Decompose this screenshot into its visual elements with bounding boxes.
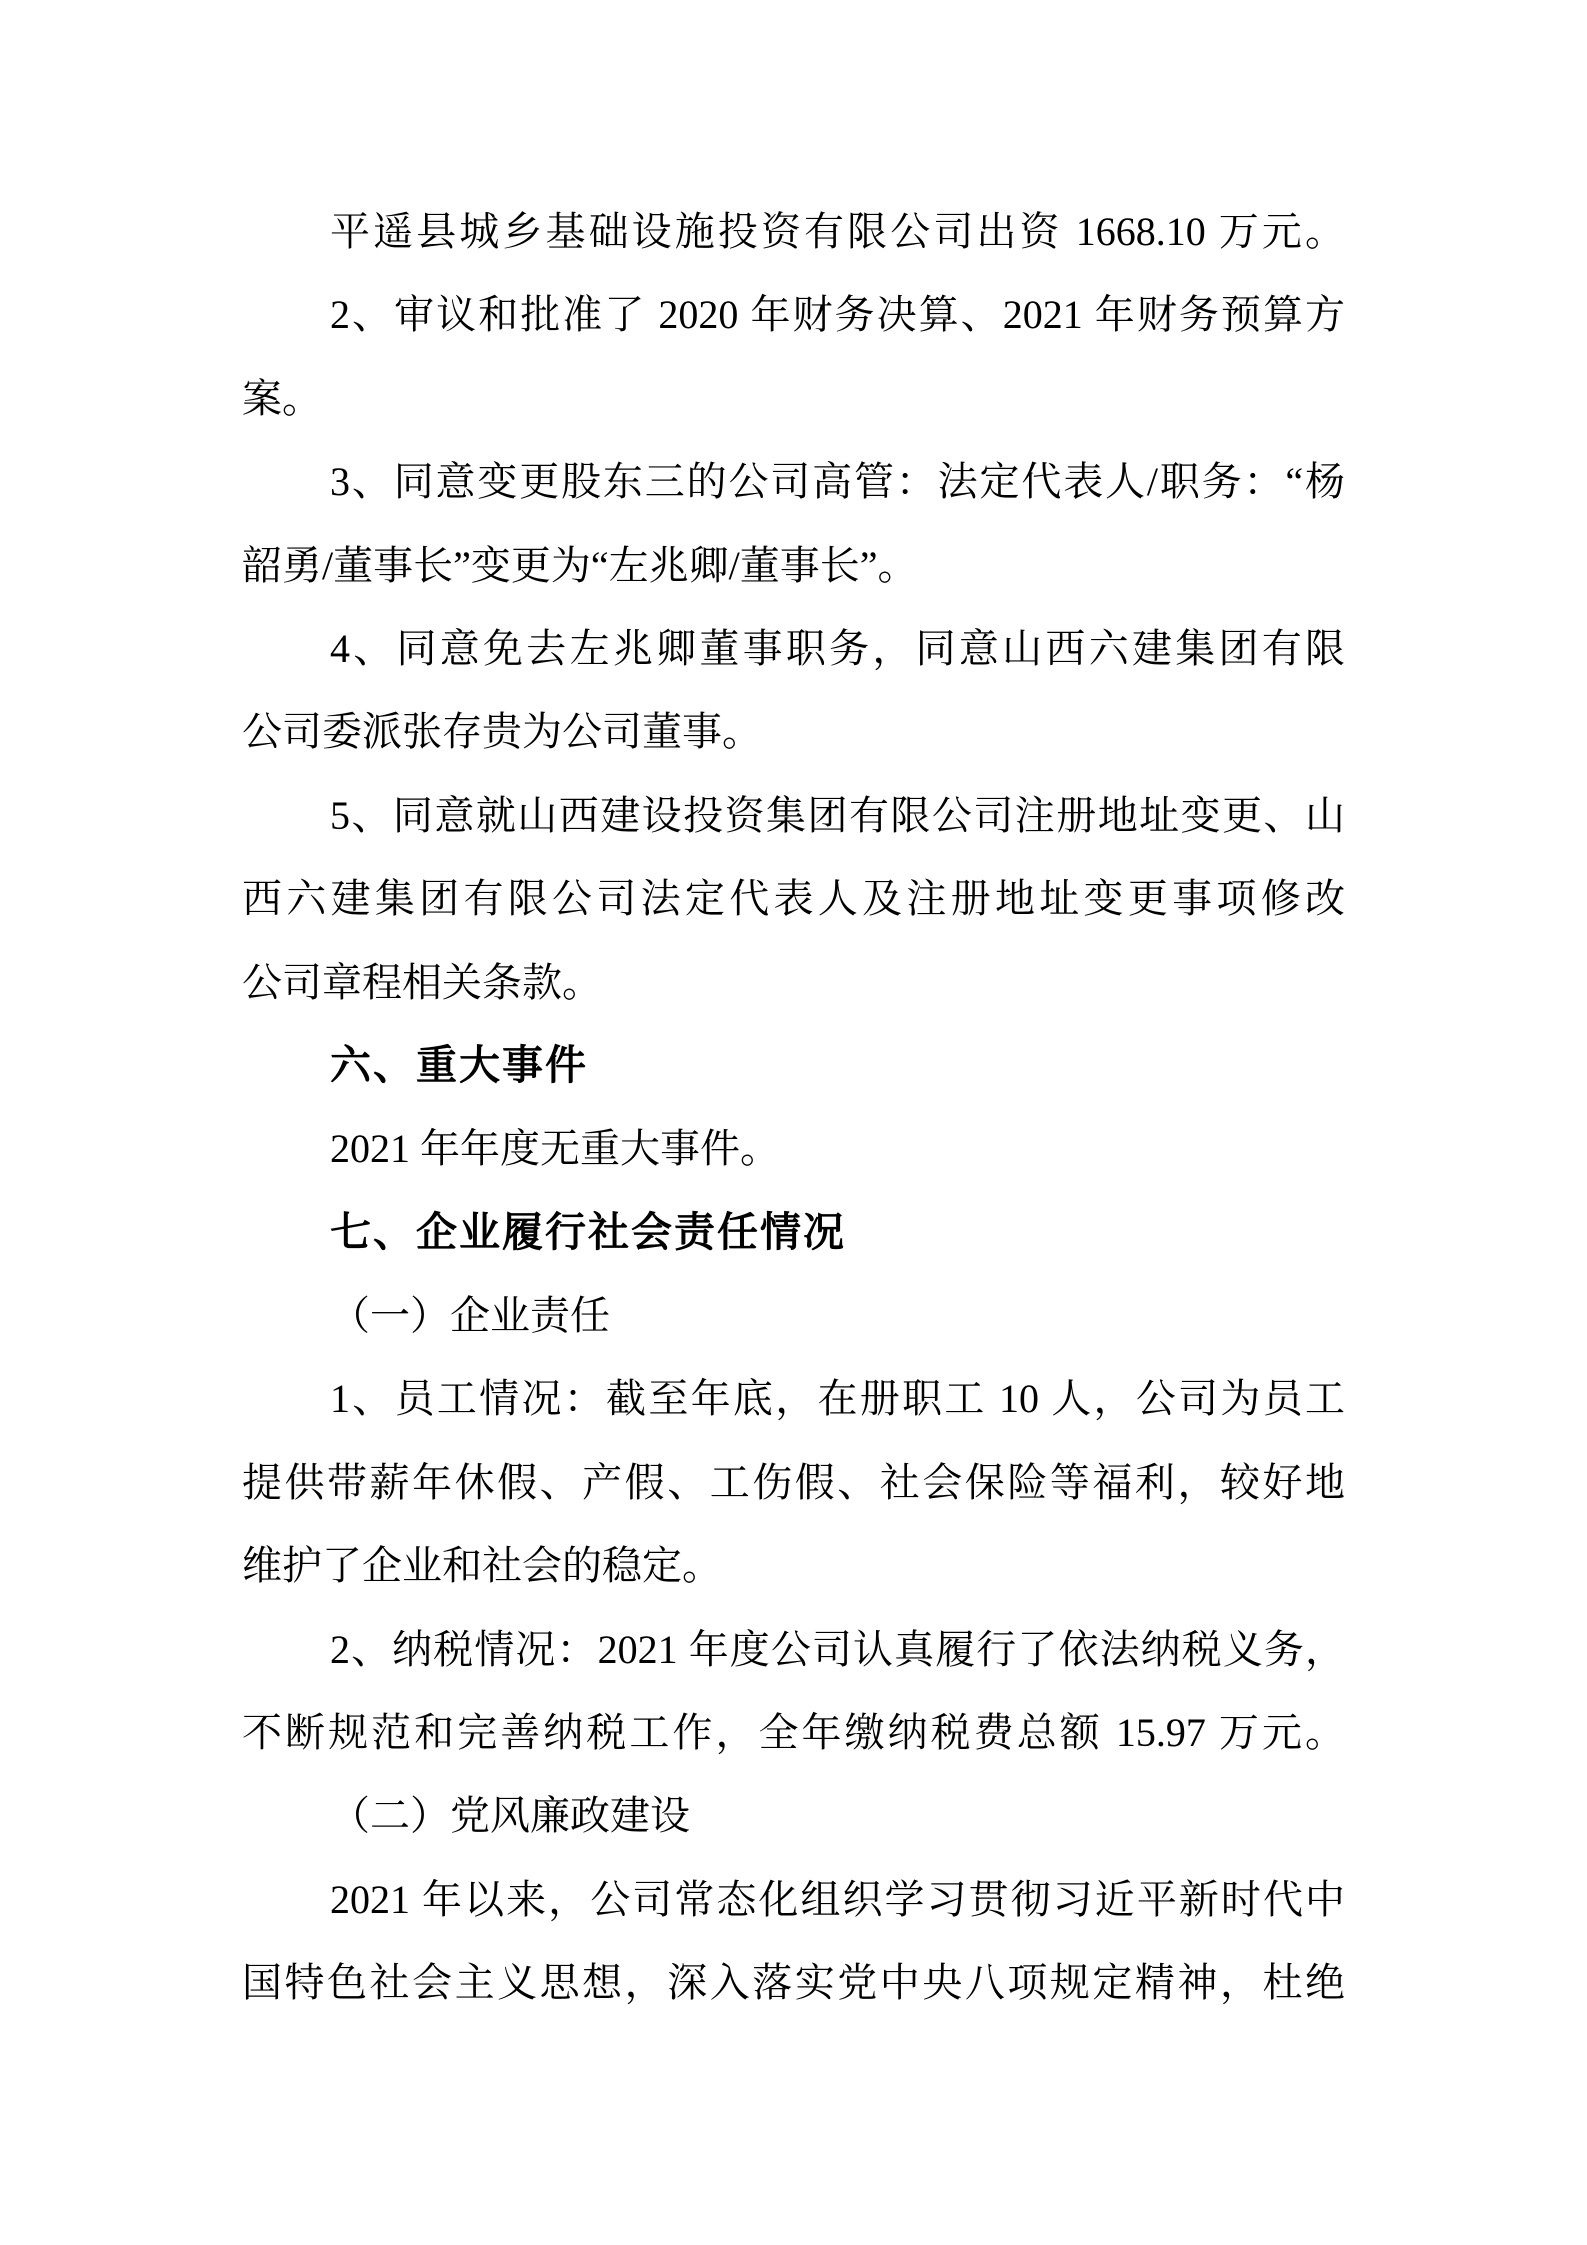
text-line: 平遥县城乡基础设施投资有限公司出资 1668.10 万元。 xyxy=(242,190,1345,273)
text-line: （二）党风廉政建设 xyxy=(242,1774,1345,1857)
text-line: 2021 年年度无重大事件。 xyxy=(242,1107,1345,1190)
text-line: 公司委派张存贵为公司董事。 xyxy=(242,690,1345,773)
text-line: 不断规范和完善纳税工作，全年缴纳税费总额 15.97 万元。 xyxy=(242,1691,1345,1774)
text-line: 六、重大事件 xyxy=(242,1024,1345,1107)
text-line: 维护了企业和社会的稳定。 xyxy=(242,1524,1345,1607)
text-line: 1、员工情况：截至年底，在册职工 10 人，公司为员工 xyxy=(242,1357,1345,1440)
text-line: 国特色社会主义思想，深入落实党中央八项规定精神，杜绝 xyxy=(242,1941,1345,2024)
text-line: 韶勇/董事长”变更为“左兆卿/董事长”。 xyxy=(242,524,1345,607)
text-line: （一）企业责任 xyxy=(242,1274,1345,1357)
document-body: 平遥县城乡基础设施投资有限公司出资 1668.10 万元。2、审议和批准了 20… xyxy=(242,190,1345,2025)
text-line: 2、审议和批准了 2020 年财务决算、2021 年财务预算方 xyxy=(242,273,1345,356)
text-line: 西六建集团有限公司法定代表人及注册地址变更事项修改 xyxy=(242,857,1345,940)
text-line: 提供带薪年休假、产假、工伤假、社会保险等福利，较好地 xyxy=(242,1441,1345,1524)
text-line: 公司章程相关条款。 xyxy=(242,941,1345,1024)
text-line: 4、同意免去左兆卿董事职务，同意山西六建集团有限 xyxy=(242,607,1345,690)
text-line: 案。 xyxy=(242,357,1345,440)
document-page: 平遥县城乡基础设施投资有限公司出资 1668.10 万元。2、审议和批准了 20… xyxy=(0,0,1587,2245)
text-line: 七、企业履行社会责任情况 xyxy=(242,1191,1345,1274)
text-line: 2021 年以来，公司常态化组织学习贯彻习近平新时代中 xyxy=(242,1858,1345,1941)
text-line: 2、纳税情况：2021 年度公司认真履行了依法纳税义务， xyxy=(242,1608,1345,1691)
text-line: 3、同意变更股东三的公司高管：法定代表人/职务：“杨 xyxy=(242,440,1345,523)
text-line: 5、同意就山西建设投资集团有限公司注册地址变更、山 xyxy=(242,774,1345,857)
